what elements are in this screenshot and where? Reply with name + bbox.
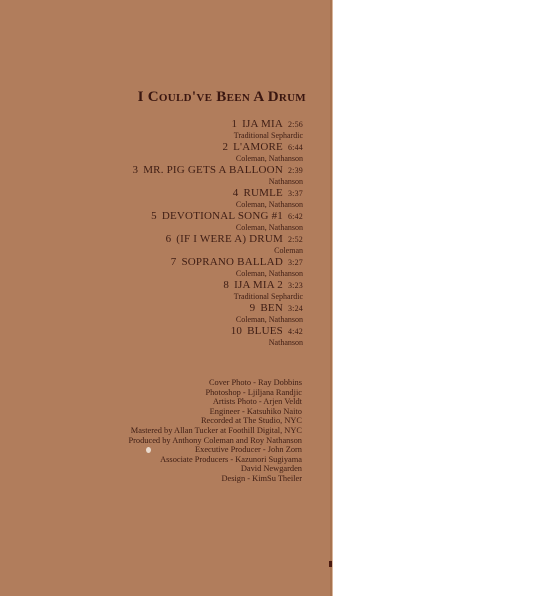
credit-line: Mastered by Allan Tucker at Foothill Dig… bbox=[128, 426, 302, 436]
track-time: 3:23 bbox=[288, 281, 303, 290]
track-number: 9 bbox=[250, 302, 256, 314]
page: I Could've Been A Drum 1IJA MIA2:56 Trad… bbox=[0, 0, 555, 599]
track-name: BLUES bbox=[247, 325, 283, 337]
credit-line: Executive Producer - John Zorn bbox=[128, 445, 302, 455]
track-credit: Nathanson bbox=[132, 338, 303, 347]
track-credit: Coleman, Nathanson bbox=[132, 154, 303, 163]
track-item: 3MR. PIG GETS A BALLOON2:39 Nathanson bbox=[132, 164, 303, 186]
credit-line: Produced by Anthony Coleman and Roy Nath… bbox=[128, 436, 302, 446]
track-credit: Coleman bbox=[132, 246, 303, 255]
track-list: 1IJA MIA2:56 Traditional Sephardic 2L'AM… bbox=[132, 118, 303, 348]
track-credit: Nathanson bbox=[132, 177, 303, 186]
track-credit: Traditional Sephardic bbox=[132, 131, 303, 140]
credit-line: Photoshop - Ljiljana Randjic bbox=[128, 388, 302, 398]
edge-mark bbox=[329, 561, 332, 567]
track-name: SOPRANO BALLAD bbox=[181, 256, 283, 268]
track-name: RUMLE bbox=[243, 187, 283, 199]
production-credits: Cover Photo - Ray Dobbins Photoshop - Lj… bbox=[128, 378, 302, 484]
scan-glare-spot bbox=[146, 447, 151, 453]
track-time: 6:42 bbox=[288, 212, 303, 221]
track-item: 4RUMLE3:37 Coleman, Nathanson bbox=[132, 187, 303, 209]
track-time: 3:37 bbox=[288, 189, 303, 198]
track-number: 6 bbox=[166, 233, 172, 245]
track-name: IJA MIA 2 bbox=[234, 279, 283, 291]
track-item: 10BLUES4:42 Nathanson bbox=[132, 325, 303, 347]
credit-line: Engineer - Katsuhiko Naito bbox=[128, 407, 302, 417]
track-credit: Coleman, Nathanson bbox=[132, 269, 303, 278]
credit-line: Associate Producers - Kazunori Sugiyama bbox=[128, 455, 302, 465]
track-number: 3 bbox=[132, 164, 138, 176]
track-name: BEN bbox=[260, 302, 283, 314]
track-name: L'AMORE bbox=[233, 141, 283, 153]
track-credit: Coleman, Nathanson bbox=[132, 200, 303, 209]
track-item: 8IJA MIA 23:23 Traditional Sephardic bbox=[132, 279, 303, 301]
track-item: 1IJA MIA2:56 Traditional Sephardic bbox=[132, 118, 303, 140]
track-number: 1 bbox=[231, 118, 237, 130]
track-name: MR. PIG GETS A BALLOON bbox=[143, 164, 283, 176]
track-time: 2:39 bbox=[288, 166, 303, 175]
track-item: 2L'AMORE6:44 Coleman, Nathanson bbox=[132, 141, 303, 163]
track-time: 3:24 bbox=[288, 304, 303, 313]
track-time: 2:52 bbox=[288, 235, 303, 244]
track-name: DEVOTIONAL SONG #1 bbox=[162, 210, 283, 222]
album-title: I Could've Been A Drum bbox=[138, 89, 306, 106]
track-number: 2 bbox=[222, 141, 228, 153]
track-number: 10 bbox=[231, 325, 242, 337]
cd-insert-panel: I Could've Been A Drum 1IJA MIA2:56 Trad… bbox=[0, 0, 333, 596]
track-item: 7SOPRANO BALLAD3:27 Coleman, Nathanson bbox=[132, 256, 303, 278]
track-time: 4:42 bbox=[288, 327, 303, 336]
track-name: IJA MIA bbox=[242, 118, 283, 130]
credit-line: Design - KimSu Theiler bbox=[128, 474, 302, 484]
credit-line: David Newgarden bbox=[128, 464, 302, 474]
track-item: 5DEVOTIONAL SONG #16:42 Coleman, Nathans… bbox=[132, 210, 303, 232]
track-number: 8 bbox=[223, 279, 229, 291]
credit-line: Recorded at The Studio, NYC bbox=[128, 416, 302, 426]
track-item: 9BEN3:24 Coleman, Nathanson bbox=[132, 302, 303, 324]
track-credit: Coleman, Nathanson bbox=[132, 223, 303, 232]
track-time: 3:27 bbox=[288, 258, 303, 267]
track-number: 7 bbox=[171, 256, 177, 268]
credit-line: Artists Photo - Arjen Veldt bbox=[128, 397, 302, 407]
track-item: 6(IF I WERE A) DRUM2:52 Coleman bbox=[132, 233, 303, 255]
track-time: 6:44 bbox=[288, 143, 303, 152]
track-number: 5 bbox=[151, 210, 157, 222]
track-credit: Traditional Sephardic bbox=[132, 292, 303, 301]
track-credit: Coleman, Nathanson bbox=[132, 315, 303, 324]
track-number: 4 bbox=[233, 187, 239, 199]
track-name: (IF I WERE A) DRUM bbox=[176, 233, 283, 245]
track-time: 2:56 bbox=[288, 120, 303, 129]
credit-line: Cover Photo - Ray Dobbins bbox=[128, 378, 302, 388]
